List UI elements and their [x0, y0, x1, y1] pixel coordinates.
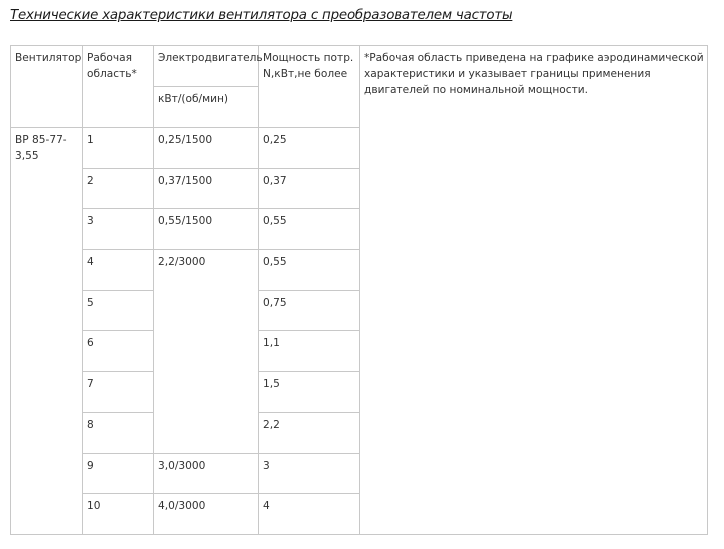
cell-power: 0,37	[259, 168, 360, 209]
cell-power: 1,5	[259, 372, 360, 413]
header-motor: Электродвигатель	[154, 46, 259, 87]
fan-spec-table: Вентилятор Рабочая область* Электродвига…	[10, 45, 708, 535]
header-row: Вентилятор Рабочая область* Электродвига…	[11, 46, 708, 87]
cell-power: 2,2	[259, 412, 360, 453]
cell-motor: 3,0/3000	[154, 453, 259, 494]
header-power: Мощность потр. N,кВт,не более	[259, 46, 360, 128]
cell-area: 1	[83, 128, 154, 169]
cell-area: 7	[83, 372, 154, 413]
cell-power: 0,55	[259, 250, 360, 291]
header-motor-unit: кВт/(об/мин)	[154, 87, 259, 128]
cell-power: 0,75	[259, 290, 360, 331]
cell-motor: 2,2/3000	[154, 250, 259, 453]
fan-model: ВР 85-77-3,55	[11, 128, 83, 535]
cell-area: 4	[83, 250, 154, 291]
cell-motor: 0,25/1500	[154, 128, 259, 169]
cell-area: 6	[83, 331, 154, 372]
cell-power: 0,25	[259, 128, 360, 169]
cell-area: 9	[83, 453, 154, 494]
header-work-area: Рабочая область*	[83, 46, 154, 128]
cell-power: 1,1	[259, 331, 360, 372]
footnote-cell: *Рабочая область приведена на графике аэ…	[360, 46, 708, 535]
cell-power: 4	[259, 494, 360, 535]
cell-motor: 4,0/3000	[154, 494, 259, 535]
cell-area: 10	[83, 494, 154, 535]
cell-area: 8	[83, 412, 154, 453]
header-fan: Вентилятор	[11, 46, 83, 128]
cell-area: 2	[83, 168, 154, 209]
page-title: Технические характеристики вентилятора с…	[10, 8, 512, 23]
cell-power: 3	[259, 453, 360, 494]
cell-area: 3	[83, 209, 154, 250]
cell-area: 5	[83, 290, 154, 331]
cell-motor: 0,37/1500	[154, 168, 259, 209]
cell-motor: 0,55/1500	[154, 209, 259, 250]
cell-power: 0,55	[259, 209, 360, 250]
